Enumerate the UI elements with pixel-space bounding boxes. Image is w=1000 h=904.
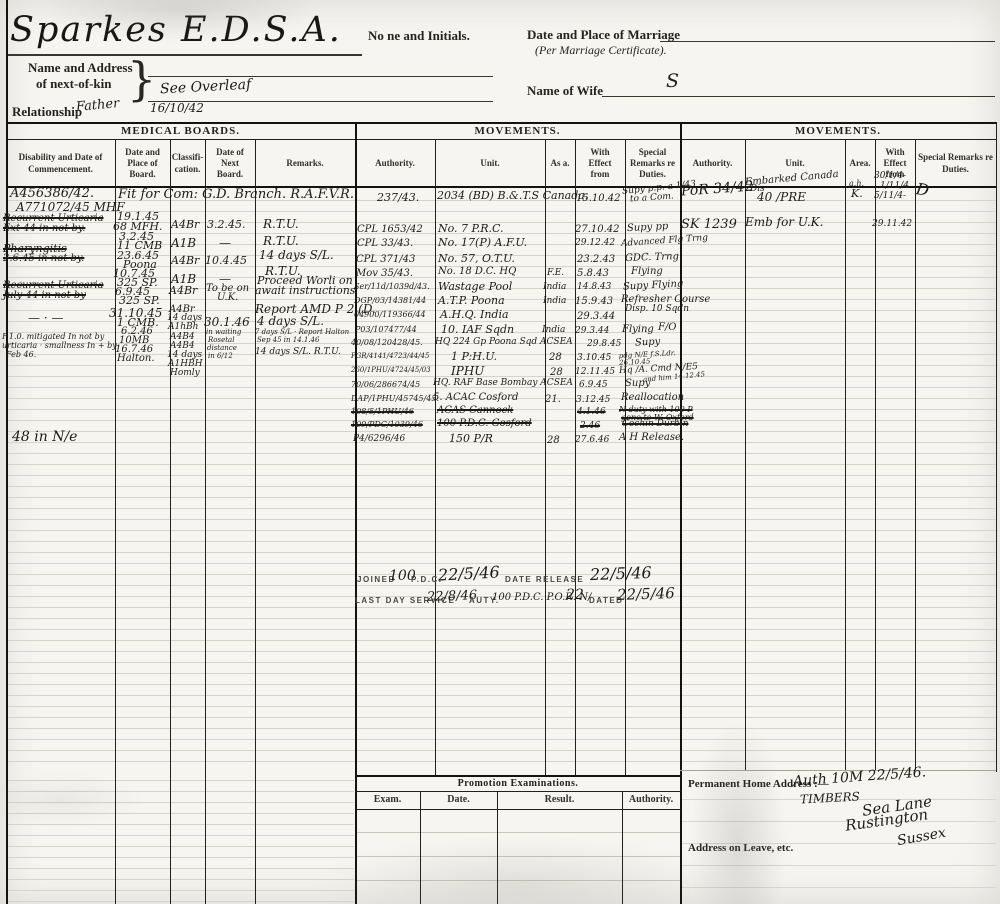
stamps-entry: 22 bbox=[566, 588, 584, 603]
movements-left-rows-entry: 108/5/1PHU/46 bbox=[351, 408, 414, 416]
movements-left-rows-entry: 6.9.45 bbox=[579, 381, 608, 390]
wife-label: Name of Wife bbox=[527, 83, 603, 99]
medical-remarks-entry: 4 days S/L. bbox=[257, 315, 324, 328]
grid-line bbox=[845, 140, 846, 770]
col-exam: Exam. bbox=[355, 792, 420, 808]
movements-left-rows-entry: 15.10.42 bbox=[576, 194, 621, 205]
nok-label-line1: Name and Address bbox=[28, 60, 133, 76]
movements-right-rows-entry: 40 /PRE bbox=[757, 191, 806, 204]
medical-classification-entry: A4Br bbox=[171, 255, 199, 267]
brace-glyph: } bbox=[127, 52, 156, 106]
medical-remarks-entry: Sep 45 in 14.1.46 bbox=[257, 337, 319, 344]
movements-left-rows-entry: India bbox=[543, 283, 566, 292]
movements-left-rows-entry: 100 P.D.C. Gosford bbox=[437, 419, 532, 430]
stamps-entry: 22/5/46 bbox=[617, 586, 675, 604]
movements-left-rows-entry: P03/107477/44 bbox=[355, 326, 417, 334]
movements-left-rows-entry: 5.8.43 bbox=[577, 269, 609, 280]
movements-left-rows-entry: 21. bbox=[545, 395, 561, 406]
nok-label-line2: of next-of-kin bbox=[36, 76, 111, 92]
record-card-sheet: Sparkes E.D.S.A. No ne and Initials. Nam… bbox=[0, 0, 1000, 904]
medical-disability-entry: Ext 44 in not by. bbox=[3, 224, 85, 235]
movements-left-rows-entry: ACAS Cannock bbox=[437, 406, 513, 417]
stamps-entry: DATE RELEASE bbox=[505, 576, 584, 584]
movements-left-rows-entry: Supy bbox=[635, 337, 661, 349]
medical-next-board-entry: 3.2.45. bbox=[207, 219, 245, 231]
col-disability: Disability and Date of Commencement. bbox=[6, 141, 115, 186]
movements-right-rows-entry: 29.11.42 bbox=[872, 220, 912, 229]
movements-left-rows-entry: 27.10.42 bbox=[575, 225, 620, 236]
nok-line-1 bbox=[148, 76, 493, 77]
movements-left-rows-entry: 260/1PHU/4724/45/03 bbox=[351, 367, 431, 374]
movements-left-rows-entry: Flying bbox=[631, 267, 663, 278]
movements-left-rows-entry: 29.8.45 bbox=[587, 340, 621, 349]
medical-disability-entry: July 44 in not by bbox=[3, 291, 86, 302]
movements-left-rows-entry: Wastage Pool bbox=[438, 281, 512, 293]
col-classification: Classifi- cation. bbox=[170, 141, 205, 186]
col-as-a: As a. bbox=[545, 141, 575, 186]
medical-remarks-entry: R.T.U. bbox=[263, 218, 299, 231]
movements-left-rows-entry: HQ. RAF Base Bombay ACSEA bbox=[433, 379, 573, 388]
movements-left-rows-entry: A.H.Q. India bbox=[440, 309, 509, 321]
col-special-remarks-right: Special Remarks re Duties. bbox=[915, 141, 996, 186]
movements-right-rows-entry: 5/11/4- bbox=[874, 192, 906, 201]
movements-left-rows-entry: 2034 (BD) B.&.T.S Canada. bbox=[437, 190, 588, 202]
movements-right-title: MOVEMENTS. bbox=[680, 125, 996, 137]
home-address-house: TIMBERS bbox=[800, 790, 860, 806]
movements-left-rows-entry: CPL 33/43. bbox=[357, 239, 413, 250]
movements-left-rows-entry: 28 bbox=[550, 368, 563, 379]
stamps-entry: 22/5/46 bbox=[438, 564, 500, 584]
grid-line bbox=[545, 140, 546, 775]
col-board-date-place: Date and Place of Board. bbox=[115, 141, 170, 186]
movements-left-rows-entry: A H Release. bbox=[619, 433, 684, 444]
medical-remarks-entry: await instructions bbox=[255, 285, 355, 297]
movements-left-rows-entry: 28 bbox=[547, 436, 560, 447]
grid-line bbox=[875, 140, 876, 770]
movements-right-rows-entry: D bbox=[915, 181, 931, 200]
col-next-board: Date of Next Board. bbox=[205, 141, 255, 186]
marriage-label: Date and Place of Marriage bbox=[527, 27, 680, 43]
movements-left-rows-entry: F.E. bbox=[547, 269, 564, 278]
movements-left-rows-entry: PGR/4141/4723/44/45 bbox=[351, 353, 429, 360]
movements-left-rows-entry: No. 57, O.T.U. bbox=[438, 253, 515, 265]
movements-left-rows-entry: 40/08/120428/45. bbox=[351, 339, 423, 347]
grid-line bbox=[435, 140, 436, 775]
grid-line bbox=[115, 140, 116, 904]
col-exam-date: Date. bbox=[420, 792, 497, 808]
col-special-remarks-left: Special Remarks re Duties. bbox=[625, 141, 680, 186]
note-48: 48 in N/e bbox=[12, 430, 77, 445]
movements-left-rows-entry: DGP/03/14381/44 bbox=[354, 297, 426, 305]
movements-left-rows-entry: 27.6.46 bbox=[575, 436, 609, 445]
movements-left-rows-entry: 14.8.43 bbox=[577, 283, 611, 292]
grid-line bbox=[6, 139, 997, 140]
grid-line bbox=[355, 809, 681, 810]
movements-left-rows-entry: Flying bbox=[622, 325, 654, 336]
medical-classification-entry: A4Br bbox=[169, 285, 197, 297]
medical-next-board-entry: — bbox=[219, 237, 231, 250]
movements-left-rows-entry: F/O bbox=[658, 323, 677, 334]
movements-right-rows-entry: Emb for U.K. bbox=[745, 216, 823, 229]
col-result: Result. bbox=[497, 792, 622, 808]
movements-left-rows-entry: 109/PDC/1039/46 bbox=[351, 421, 423, 429]
medical-next-board-entry: U.K. bbox=[217, 293, 238, 304]
relationship-label: Relationship bbox=[12, 104, 82, 120]
movements-left-rows-entry: P4/6296/46 bbox=[353, 435, 405, 444]
grid-line bbox=[355, 775, 681, 777]
grid-line bbox=[255, 140, 256, 904]
ruled-lines bbox=[356, 809, 680, 904]
medical-disability-entry: Feb 46. bbox=[6, 351, 36, 359]
stamps-entry: 22/5/46 bbox=[590, 565, 652, 584]
movements-left-rows-entry: CPL 371/43 bbox=[356, 255, 415, 266]
movements-left-rows-entry: Ser/11d/1039d/43. bbox=[354, 283, 430, 291]
movements-left-rows-entry: No. 17(P) A.F.U. bbox=[438, 237, 527, 249]
movements-left-rows-entry: 3.10.45 bbox=[577, 354, 611, 363]
movements-left-rows-entry: CPL 1653/42 bbox=[357, 225, 423, 236]
movements-left-rows-entry: 5. ACAC Cosford bbox=[433, 393, 518, 404]
movements-left-rows-entry: 29.3.44 bbox=[575, 327, 609, 336]
movements-left-rows-entry: 1 P:H.U. bbox=[451, 351, 497, 363]
movements-left-rows-entry: No. 18 D.C. HQ bbox=[438, 267, 516, 278]
movements-right-rows-entry: SK 1239 bbox=[681, 218, 737, 232]
medical-boards-title: MEDICAL BOARDS. bbox=[6, 125, 355, 137]
movements-left-rows-entry: GDC. Trng. bbox=[625, 252, 682, 264]
col-unit-left: Unit. bbox=[435, 141, 545, 186]
medical-disability-entry: — · — bbox=[28, 312, 63, 325]
movements-left-rows-entry: 237/43. bbox=[377, 192, 419, 204]
nok-date: 16/10/42 bbox=[150, 102, 204, 115]
movements-left-rows-entry: 12.11.45 bbox=[575, 368, 615, 377]
fit-remark: Fit for Com: G.D. Branch. R.A.F.V.R. bbox=[118, 188, 368, 202]
col-authority-left: Authority. bbox=[355, 141, 435, 186]
movements-left-rows-entry: IPHU bbox=[451, 365, 484, 378]
movements-left-rows-entry: 3.12.45 bbox=[576, 396, 610, 405]
movements-left-rows-entry: No. 7 P.R.C. bbox=[438, 223, 504, 235]
movements-left-title: MOVEMENTS. bbox=[355, 125, 680, 137]
medical-remarks-entry: 14 days S/L. bbox=[259, 249, 334, 262]
medical-classification-entry: A4Br bbox=[171, 219, 199, 231]
col-exam-authority: Authority. bbox=[622, 792, 680, 808]
medical-next-board-entry: 10.4.45 bbox=[205, 255, 247, 267]
movements-left-rows-entry: 29.12.42 bbox=[575, 239, 615, 248]
movements-left-rows-entry: 23.2.43 bbox=[577, 255, 615, 266]
grid-line bbox=[996, 122, 997, 772]
marriage-sublabel: (Per Marriage Certificate). bbox=[535, 43, 667, 58]
medical-remarks-entry: 14 days S/L. R.T.U. bbox=[255, 348, 341, 357]
medical-disability-entry: A456386/42. bbox=[10, 187, 94, 201]
name-underline bbox=[6, 54, 362, 56]
medical-next-board-entry: in 6/12 bbox=[208, 353, 233, 360]
movements-left-rows-entry: 2.46 bbox=[580, 422, 600, 431]
movements-left-rows-entry: Disp. 10 Sqdn bbox=[625, 305, 689, 314]
medical-board-entry: Halton. bbox=[117, 354, 155, 365]
movements-left-rows-entry: India bbox=[542, 326, 565, 335]
medical-classification-entry: Homly bbox=[170, 369, 200, 378]
movements-left-rows-entry: Mov 35/43. bbox=[356, 269, 413, 280]
movements-left-rows-entry: HQ 224 Gp Poona Sqd ACSEA bbox=[435, 338, 573, 347]
col-remarks: Remarks. bbox=[255, 141, 355, 186]
nok-value: See Overleaf bbox=[160, 78, 252, 97]
relationship-value: Father bbox=[75, 97, 119, 114]
medical-next-board-entry: 30.1.46 bbox=[204, 316, 250, 329]
service-member-name: Sparkes E.D.S.A. bbox=[10, 10, 342, 50]
movements-left-rows-entry: 70/06/286674/45 bbox=[351, 381, 420, 389]
movements-left-rows-entry: Supy bbox=[625, 379, 650, 390]
movements-left-rows-entry: 10. IAF Sqdn bbox=[441, 324, 514, 336]
medical-classification-entry: A1B bbox=[171, 237, 196, 250]
ruled-lines bbox=[8, 770, 354, 904]
grid-line bbox=[745, 140, 746, 770]
movements-left-rows-entry: 28 bbox=[549, 353, 562, 364]
promotion-title: Promotion Examinations. bbox=[355, 778, 681, 789]
wife-line bbox=[602, 96, 995, 97]
grid-line bbox=[625, 140, 626, 775]
grid-line bbox=[6, 122, 997, 124]
grid-line bbox=[915, 140, 916, 770]
wife-value: S bbox=[666, 72, 679, 92]
movements-left-rows-entry: 15.9.43 bbox=[575, 297, 613, 308]
marriage-line bbox=[660, 41, 995, 42]
medical-disability-entry: A771072/45 MHF bbox=[16, 201, 125, 214]
movements-left-rows-entry: India bbox=[543, 297, 566, 306]
movements-left-rows-entry: Supy pp bbox=[627, 222, 669, 235]
name-label: No ne and Initials. bbox=[368, 28, 470, 44]
leave-address-label: Address on Leave, etc. bbox=[688, 842, 793, 854]
movements-left-rows-entry: 4.1.46 bbox=[577, 408, 606, 417]
col-effect-left: With Effect from bbox=[575, 141, 625, 186]
medical-board-entry: 325 SP. bbox=[119, 295, 160, 307]
movements-left-rows-entry: Reallocation bbox=[621, 393, 684, 404]
movements-left-rows-entry: 29.3.44 bbox=[577, 312, 615, 323]
movements-right-rows-entry: K. bbox=[851, 188, 863, 200]
movements-left-rows-entry: 04900/119366/44 bbox=[354, 311, 426, 319]
medical-disability-entry: 2.6.45 in not by. bbox=[3, 254, 84, 265]
movements-left-rows-entry: A.T.P. Poona bbox=[438, 295, 505, 307]
movements-left-rows-entry: DAP/1PHU/45745/45. bbox=[351, 395, 439, 403]
medical-remarks-entry: R.T.U. bbox=[263, 235, 299, 248]
movements-left-rows-entry: Cochin Durbin bbox=[622, 420, 688, 429]
movements-left-rows-entry: 150 P/R bbox=[449, 433, 493, 445]
